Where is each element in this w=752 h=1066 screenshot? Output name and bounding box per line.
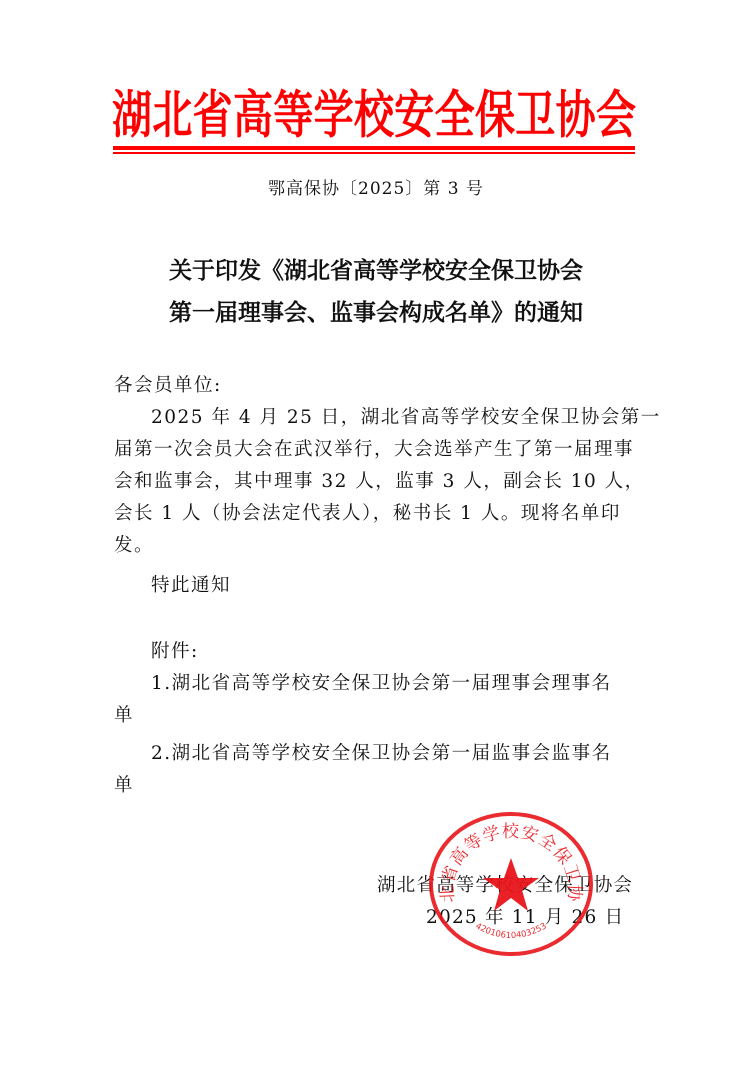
masthead-char: 卫 <box>515 80 555 152</box>
body-paragraph: 2025 年 4 月 25 日，湖北省高等学校安全保卫协会第一 届第一次会员大会… <box>114 402 638 562</box>
seal-code: 42010610403253 <box>474 921 549 941</box>
document-title-line-2: 第一届理事会、监事会构成名单》的通知 <box>0 294 752 327</box>
attachment-line: 2.湖北省高等学校安全保卫协会第一届监事会监事名 <box>114 738 638 770</box>
masthead-char: 会 <box>596 80 636 152</box>
body-line: 发。 <box>114 530 638 562</box>
body-line: 2025 年 4 月 25 日，湖北省高等学校安全保卫协会第一 <box>114 402 638 434</box>
closing-remark: 特此通知 <box>114 570 675 602</box>
body-line: 会长 1 人（协会法定代表人），秘书长 1 人。现将名单印 <box>114 498 638 530</box>
masthead-char: 校 <box>354 80 394 152</box>
masthead-org-name: 湖 北 省 高 等 学 校 安 全 保 卫 协 会 <box>112 88 636 144</box>
masthead-char: 省 <box>193 80 233 152</box>
salutation: 各会员单位: <box>114 370 638 402</box>
attachment-line: 1.湖北省高等学校安全保卫协会第一届理事会理事名 <box>114 668 638 700</box>
masthead-char: 高 <box>233 80 273 152</box>
masthead-char: 北 <box>152 80 192 152</box>
masthead-char: 保 <box>475 80 515 152</box>
svg-text:42010610403253: 42010610403253 <box>474 921 549 941</box>
attachment-item-2: 2.湖北省高等学校安全保卫协会第一届监事会监事名 单 <box>114 738 638 802</box>
attachments-label: 附件: <box>114 636 675 668</box>
attachment-item-1: 1.湖北省高等学校安全保卫协会第一届理事会理事名 单 <box>114 668 638 732</box>
body-line: 届第一次会员大会在武汉举行，大会选举产生了第一届理事 <box>114 434 638 466</box>
masthead-divider-thin <box>113 152 635 154</box>
masthead-char: 全 <box>435 80 475 152</box>
official-seal: 湖北省高等学校安全保卫协会 42010610403253 <box>426 808 596 958</box>
attachment-line: 单 <box>114 770 638 802</box>
attachment-line: 单 <box>114 700 638 732</box>
masthead-char: 安 <box>394 80 434 152</box>
masthead-divider-thick <box>113 146 635 150</box>
masthead-char: 学 <box>314 80 354 152</box>
star-icon <box>483 858 539 911</box>
document-page: 湖 北 省 高 等 学 校 安 全 保 卫 协 会 鄂高保协〔2025〕第 3 … <box>0 0 752 1066</box>
masthead-char: 等 <box>273 80 313 152</box>
document-number: 鄂高保协〔2025〕第 3 号 <box>0 174 752 199</box>
masthead-char: 湖 <box>112 80 152 152</box>
document-title-line-1: 关于印发《湖北省高等学校安全保卫协会 <box>0 252 752 285</box>
masthead-char: 协 <box>556 80 596 152</box>
body-line: 会和监事会，其中理事 32 人，监事 3 人，副会长 10 人， <box>114 466 638 498</box>
